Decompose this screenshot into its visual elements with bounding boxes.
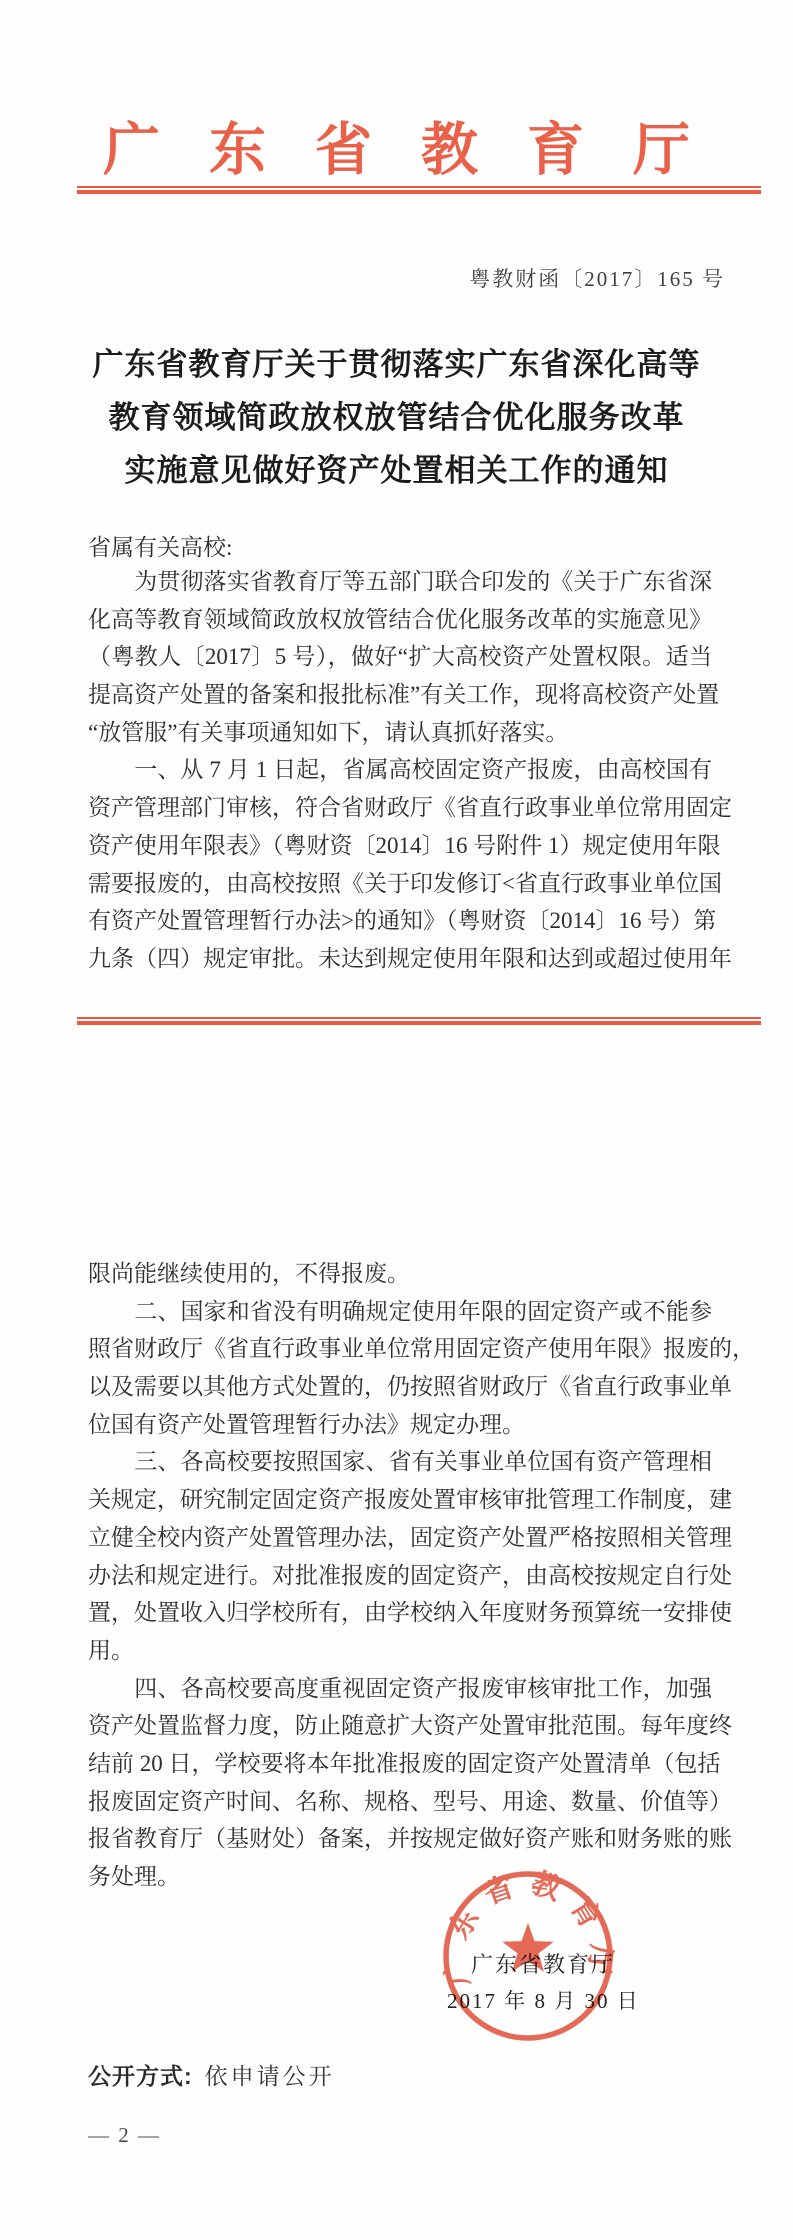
body-page2: 限尚能继续使用的，不得报废。 二、国家和省没有明确规定使用年限的固定资产或不能参… xyxy=(88,1255,712,1896)
document-title-line: 实施意见做好资产处置相关工作的通知 xyxy=(0,444,793,497)
body-page1: 为贯彻落实省教育厅等五部门联合印发的《关于广东省深化高等教育领域简政放权放管结合… xyxy=(88,563,712,978)
body-text-line: 关规定，研究制定固定资产报废处置审核审批管理工作制度，建 xyxy=(88,1481,712,1519)
body-text-line: 办法和规定进行。对批准报废的固定资产，由高校按规定自行处 xyxy=(88,1557,712,1595)
body-text-line: 资产管理部门审核，符合省财政厅《省直行政事业单位常用固定 xyxy=(88,789,712,827)
body-text-line: 九条（四）规定审批。未达到规定使用年限和达到或超过使用年 xyxy=(88,940,712,978)
body-text-line: 照省财政厅《省直行政事业单位常用固定资产使用年限》报废的， xyxy=(88,1330,712,1368)
page-number: — 2 — xyxy=(88,2123,161,2148)
document-title-line: 教育领域简政放权放管结合优化服务改革 xyxy=(0,391,793,444)
page-break-rule xyxy=(77,1017,761,1025)
body-text-line: 资产处置监督力度，防止随意扩大资产处置审批范围。每年度终 xyxy=(88,1707,712,1745)
body-text-line: “放管服”有关事项通知如下，请认真抓好落实。 xyxy=(88,714,712,752)
letterhead-agency-name: 广东省教育厅 xyxy=(0,104,793,186)
body-text-line: 需要报废的，由高校按照《关于印发修订<省直行政事业单位国 xyxy=(88,865,712,903)
document-title-line: 广东省教育厅关于贯彻落实广东省深化高等 xyxy=(0,338,793,391)
body-text-line: 结前 20 日，学校要将本年批准报废的固定资产处置清单（包括 xyxy=(88,1745,712,1783)
body-text-line: 一、从 7 月 1 日起，省属高校固定资产报废，由高校国有 xyxy=(88,751,712,789)
body-text-line: 三、各高校要按照国家、省有关事业单位国有资产管理相 xyxy=(88,1443,712,1481)
body-text-line: 位国有资产处置管理暂行办法》规定办理。 xyxy=(88,1406,712,1444)
body-text-line: 二、国家和省没有明确规定使用年限的固定资产或不能参 xyxy=(88,1293,712,1331)
disclosure-value: 依申请公开 xyxy=(205,2064,335,2089)
body-text-line: 以及需要以其他方式处置的，仍按照省财政厅《省直行政事业单 xyxy=(88,1368,712,1406)
body-text-line: 化高等教育领域简政放权放管结合优化服务改革的实施意见》 xyxy=(88,601,712,639)
body-text-line: （粤教人〔2017〕5 号），做好“扩大高校资产处置权限。适当 xyxy=(88,638,712,676)
body-text-line: 提高资产处置的备案和报批标准”有关工作，现将高校资产处置 xyxy=(88,676,712,714)
body-text-line: 报省教育厅（基财处）备案，并按规定做好资产账和财务账的账 xyxy=(88,1820,712,1858)
salutation: 省属有关高校: xyxy=(88,529,232,562)
document-number: 粤教财函〔2017〕165 号 xyxy=(469,263,725,293)
body-text-line: 为贯彻落实省教育厅等五部门联合印发的《关于广东省深 xyxy=(88,563,712,601)
disclosure-row: 公开方式:依申请公开 xyxy=(88,2058,335,2091)
disclosure-label: 公开方式: xyxy=(88,2063,193,2089)
seal-star-icon xyxy=(502,1923,553,1972)
official-seal-stamp: 广东省教育厅 xyxy=(438,1866,618,2046)
body-text-line: 资产使用年限表》（粤财资〔2014〕16 号附件 1）规定使用年限 xyxy=(88,827,712,865)
body-text-line: 报废固定资产时间、名称、规格、型号、用途、数量、价值等） xyxy=(88,1783,712,1821)
body-text-line: 限尚能继续使用的，不得报废。 xyxy=(88,1255,712,1293)
document-title: 广东省教育厅关于贯彻落实广东省深化高等教育领域简政放权放管结合优化服务改革实施意… xyxy=(0,338,793,497)
body-text-line: 置，处置收入归学校所有，由学校纳入年度财务预算统一安排使 xyxy=(88,1594,712,1632)
letterhead-rule xyxy=(77,186,761,194)
body-text-line: 立健全校内资产处置管理办法，固定资产处置严格按照相关管理 xyxy=(88,1519,712,1557)
body-text-line: 四、各高校要高度重视固定资产报废审核审批工作，加强 xyxy=(88,1670,712,1708)
body-text-line: 有资产处置管理暂行办法>的通知》（粤财资〔2014〕16 号）第 xyxy=(88,902,712,940)
body-text-line: 务处理。 xyxy=(88,1858,712,1896)
body-text-line: 用。 xyxy=(88,1632,712,1670)
document-page: 广东省教育厅 粤教财函〔2017〕165 号 广东省教育厅关于贯彻落实广东省深化… xyxy=(0,0,793,2240)
